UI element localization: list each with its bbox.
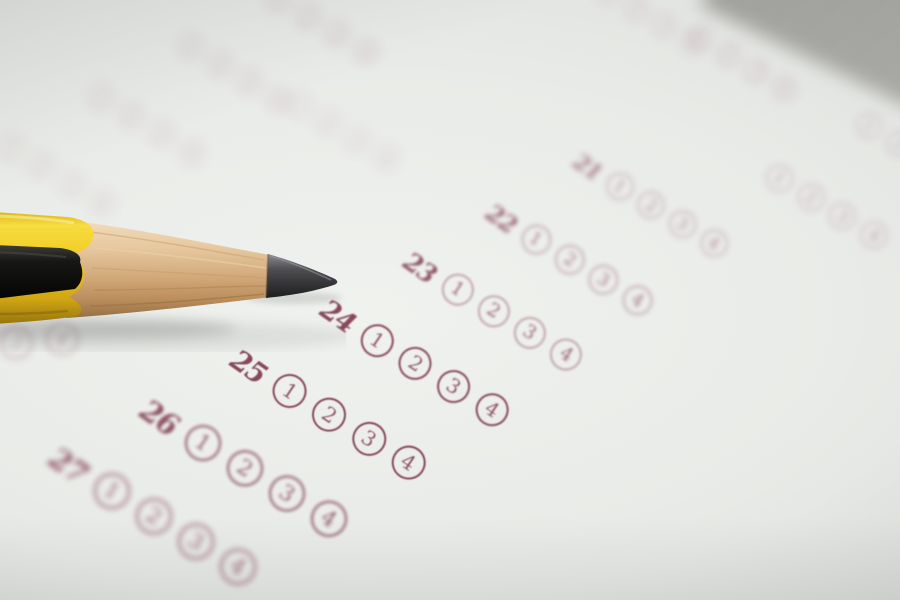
pencil-body	[0, 212, 93, 324]
answer-bubble: 4	[174, 134, 210, 170]
answer-bubble-digit: 4	[481, 397, 504, 423]
answer-row: 1234	[592, 0, 709, 59]
answer-bubble: 1	[178, 418, 227, 467]
answer-bubble: 4	[385, 439, 432, 486]
answer-bubble-digit: 3	[240, 72, 258, 92]
answer-bubble: 2	[306, 391, 353, 438]
answer-bubble-digit: 4	[684, 33, 701, 51]
answer-bubble: 4	[695, 224, 732, 261]
answer-bubble-digit: 2	[141, 502, 166, 530]
answer-bubble: 2	[291, 0, 325, 34]
answer-bubble-digit: 4	[377, 147, 395, 167]
answer-bubble-digit: 3	[153, 124, 171, 144]
answer-bubble-digit: 2	[32, 156, 50, 176]
answer-row: 1234	[174, 30, 296, 117]
answer-bubble: 3	[54, 166, 90, 202]
answer-bubble-digit: 1	[447, 277, 469, 301]
answer-bubble-digit: 2	[720, 46, 737, 64]
answer-bubble-digit: 3	[328, 24, 346, 44]
answer-bubble-digit: 3	[442, 374, 465, 400]
question-number: 22	[479, 199, 524, 237]
answer-bubble-digit: 2	[641, 194, 660, 216]
answer-row: 1234	[761, 160, 892, 254]
answer-bubble: 1	[436, 268, 479, 311]
answer-bubble: 4	[369, 140, 403, 174]
answer-bubble-digit: 4	[776, 79, 793, 97]
answer-bubble: 2	[633, 187, 670, 224]
answer-bubble: 2	[882, 126, 900, 162]
answer-bubble: 1	[174, 30, 208, 64]
answer-bubble-digit: 1	[99, 477, 124, 505]
answer-bubble-digit: 2	[317, 401, 341, 428]
answer-bubble-digit: 3	[673, 213, 692, 235]
answer-bubble: 2	[220, 444, 269, 493]
question-number: 26	[131, 393, 188, 441]
answer-bubble: 1	[516, 219, 556, 259]
answer-bubble-digit: 4	[183, 142, 201, 162]
answer-bubble-digit: 3	[748, 63, 765, 81]
answer-bubble-digit: 2	[404, 351, 427, 377]
answer-bubble-digit: 2	[122, 106, 140, 126]
answer-bubble: 4	[545, 333, 588, 376]
answer-bubble-digit: 4	[225, 552, 250, 580]
answer-row: 1234	[851, 108, 900, 198]
photo-canvas: 2112342212342312342412342512342612342712…	[0, 0, 900, 600]
answer-bubble: 2	[793, 179, 830, 216]
answer-bubble: 3	[584, 260, 624, 300]
answer-bubble-digit: 1	[290, 95, 308, 115]
answer-row: 1234	[83, 80, 210, 170]
answer-bubble-digit: 3	[63, 174, 81, 194]
answer-bubble: 3	[262, 469, 311, 518]
answer-bubble-digit: 1	[860, 115, 878, 135]
answer-bubble: 3	[431, 364, 476, 409]
answer-bubble: 1	[851, 108, 887, 144]
answer-bubble-digit: 2	[299, 6, 317, 26]
answer-bubble: 1	[592, 0, 625, 9]
answer-bubble-digit: 4	[627, 289, 647, 312]
answer-bubble-digit: 2	[628, 0, 645, 18]
answer-bubble-digit: 1	[190, 429, 215, 457]
answer-bubble: 4	[349, 34, 383, 68]
answer-bubble-digit: 4	[864, 224, 883, 246]
answer-bubble-digit: 3	[593, 269, 613, 292]
answer-bubble: 2	[393, 341, 438, 386]
answer-bubble: 3	[340, 123, 374, 157]
answer-bubble: 4	[304, 494, 353, 543]
answer-bubble: 1	[87, 466, 136, 515]
answer-bubble-digit: 2	[483, 299, 505, 323]
answer-bubble-digit: 4	[555, 343, 577, 367]
answer-bubble: 4	[618, 280, 658, 320]
answer-bubble-digit: 4	[357, 41, 375, 61]
answer-bubble-digit: 1	[610, 176, 629, 198]
question-number: 21	[566, 149, 608, 184]
answer-bubble: 3	[648, 9, 681, 42]
answer-bubble-digit: 1	[92, 87, 110, 107]
answer-bubble-digit: 3	[274, 479, 299, 507]
answer-bubble-digit: 1	[526, 228, 546, 251]
answer-bubble: 3	[171, 517, 220, 566]
answer-bubble: 2	[620, 0, 653, 25]
answer-bubble-digit: 2	[890, 134, 900, 154]
answer-bubble: 3	[740, 55, 773, 88]
answer-bubble-digit: 3	[348, 130, 366, 150]
answer-bubble-digit: 4	[396, 449, 420, 476]
answer-bubble: 1	[601, 168, 638, 205]
answer-bubble: 2	[24, 148, 60, 184]
question-number: 27	[40, 441, 97, 489]
pencil	[0, 202, 346, 352]
answer-bubble-digit: 3	[519, 321, 541, 345]
answer-bubble-digit: 4	[316, 504, 341, 532]
answer-bubble-digit: 1	[770, 168, 789, 190]
pencil-tip-graphite	[266, 254, 337, 298]
answer-bubble: 4	[470, 387, 515, 432]
pencil-wood	[64, 220, 270, 318]
answer-bubble-digit: 2	[232, 454, 257, 482]
answer-bubble: 1	[266, 368, 313, 415]
answer-bubble: 2	[114, 98, 150, 134]
answer-bubble: 3	[232, 65, 266, 99]
answer-bubble-digit: 3	[183, 527, 208, 555]
answer-bubble-digit: 1	[182, 37, 200, 57]
answer-bubble-digit: 1	[2, 137, 20, 157]
answer-bubble: 3	[144, 116, 180, 152]
answer-bubble-digit: 1	[270, 0, 288, 9]
answer-bubble-digit: 2	[801, 187, 820, 209]
answer-bubble-digit: 3	[656, 17, 673, 35]
answer-bubble: 2	[472, 290, 515, 333]
answer-bubble: 3	[320, 17, 354, 51]
answer-bubble-digit: 2	[319, 112, 337, 132]
answer-bubble: 1	[262, 0, 296, 16]
answer-bubble-digit: 2	[560, 248, 580, 271]
answer-bubble: 4	[213, 542, 262, 591]
answer-bubble: 2	[311, 105, 345, 139]
answer-bubble: 2	[203, 47, 237, 81]
answer-bubble: 2	[129, 492, 178, 541]
answer-bubble-digit: 1	[278, 377, 302, 404]
answer-bubble-digit: 1	[365, 327, 388, 353]
answer-bubble: 2	[712, 39, 745, 72]
answer-row: 211234	[568, 148, 732, 262]
answer-bubble: 3	[824, 198, 861, 235]
answer-bubble: 4	[768, 72, 801, 105]
answer-bubble: 1	[0, 130, 29, 166]
answer-row: 1234	[262, 0, 384, 69]
answer-bubble-digit: 4	[704, 232, 723, 254]
answer-bubble-digit: 1	[600, 0, 617, 1]
answer-bubble: 3	[664, 206, 701, 243]
answer-bubble: 1	[83, 80, 119, 116]
question-number: 23	[396, 247, 445, 288]
answer-bubble-digit: 3	[357, 425, 381, 452]
answer-bubble-digit: 2	[211, 54, 229, 74]
answer-bubble: 2	[550, 240, 590, 280]
answer-bubble: 3	[508, 312, 551, 355]
answer-bubble: 4	[855, 217, 892, 254]
answer-row: 1234	[282, 88, 404, 175]
answer-bubble-digit: 3	[833, 206, 852, 228]
answer-bubble: 1	[761, 160, 798, 197]
answer-bubble: 1	[354, 318, 399, 363]
answer-bubble: 3	[346, 415, 393, 462]
